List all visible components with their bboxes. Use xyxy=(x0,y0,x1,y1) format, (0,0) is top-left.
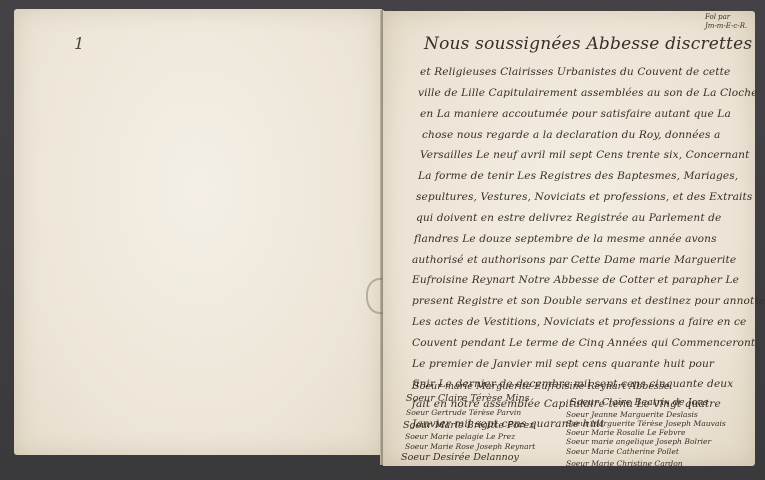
text-line: Couvent pendant Le terme de Cinq Années … xyxy=(412,337,755,349)
signature: Soeur Marie Rose Joseph Reynart xyxy=(405,442,535,451)
signature: Soeur Jeanne Marguerite Deslasis xyxy=(566,410,698,419)
signature: Soeur Claire Beatrix de Jons xyxy=(570,397,708,408)
document-viewer: 1 Fol par Jm-m-E-c-R. Nous soussignées A… xyxy=(0,0,765,480)
text-line: Les actes de Vestitions, Noviciats et pr… xyxy=(412,316,746,328)
signature: Soeur Claire Térèse Mins xyxy=(406,393,530,404)
text-line: sepultures, Vestures, Noviciats et profe… xyxy=(416,191,752,203)
text-line: Versailles Le neuf avril mil sept Cens t… xyxy=(420,149,749,161)
signature: Soeur Desirée Delannoy xyxy=(401,452,519,463)
text-line: flandres Le douze septembre de la mesme … xyxy=(414,233,717,245)
signature: Soeur Marie Rosalie Le Febvre xyxy=(566,428,686,437)
signature: Soeur Gertrude Térèse Parvin xyxy=(406,408,521,417)
signature-abbess: Soeur marie Marguerite Eufroisine Reynar… xyxy=(413,381,670,392)
text-line: qui doivent en estre delivrez Registrée … xyxy=(416,212,721,224)
text-line: Eufroisine Reynart Notre Abbesse de Cott… xyxy=(412,274,739,286)
text-line: authorisé et authorisons par Cette Dame … xyxy=(412,254,736,266)
text-line: en La maniere accoutumée pour satisfaire… xyxy=(420,108,731,120)
annotation-line: Fol par xyxy=(705,13,747,22)
signature: Soeur marie angelique Joseph Bolrier xyxy=(566,437,711,446)
text-line: La forme de tenir Les Registres des Bapt… xyxy=(418,170,738,182)
signature: Soeur Marie pelagie Le Prez xyxy=(405,432,515,441)
text-line: chose nous regarde a la declaration du R… xyxy=(422,129,720,141)
text-line: ville de Lille Capitulairement assemblée… xyxy=(418,87,758,99)
margin-annotation: Fol par Jm-m-E-c-R. xyxy=(705,13,747,31)
signature: Soeur Marie Catherine Pollet xyxy=(566,447,679,456)
annotation-line: Jm-m-E-c-R. xyxy=(705,22,747,31)
text-line: present Registre et son Double servans e… xyxy=(412,295,765,307)
folio-mark: 1 xyxy=(74,34,84,53)
signature: Soeur Marie Brigitte Porez xyxy=(403,420,534,431)
signature: Soeur Marguerite Térèse Joseph Mauvais xyxy=(566,419,726,428)
signature: Soeur Marie Christine Cardon xyxy=(566,459,683,468)
text-line: Le premier de Janvier mil sept cens quar… xyxy=(412,358,714,370)
document-heading: Nous soussignées Abbesse discrettes xyxy=(424,34,752,54)
text-line: et Religieuses Clairisses Urbanistes du … xyxy=(420,66,730,78)
left-page: 1 xyxy=(14,9,382,455)
